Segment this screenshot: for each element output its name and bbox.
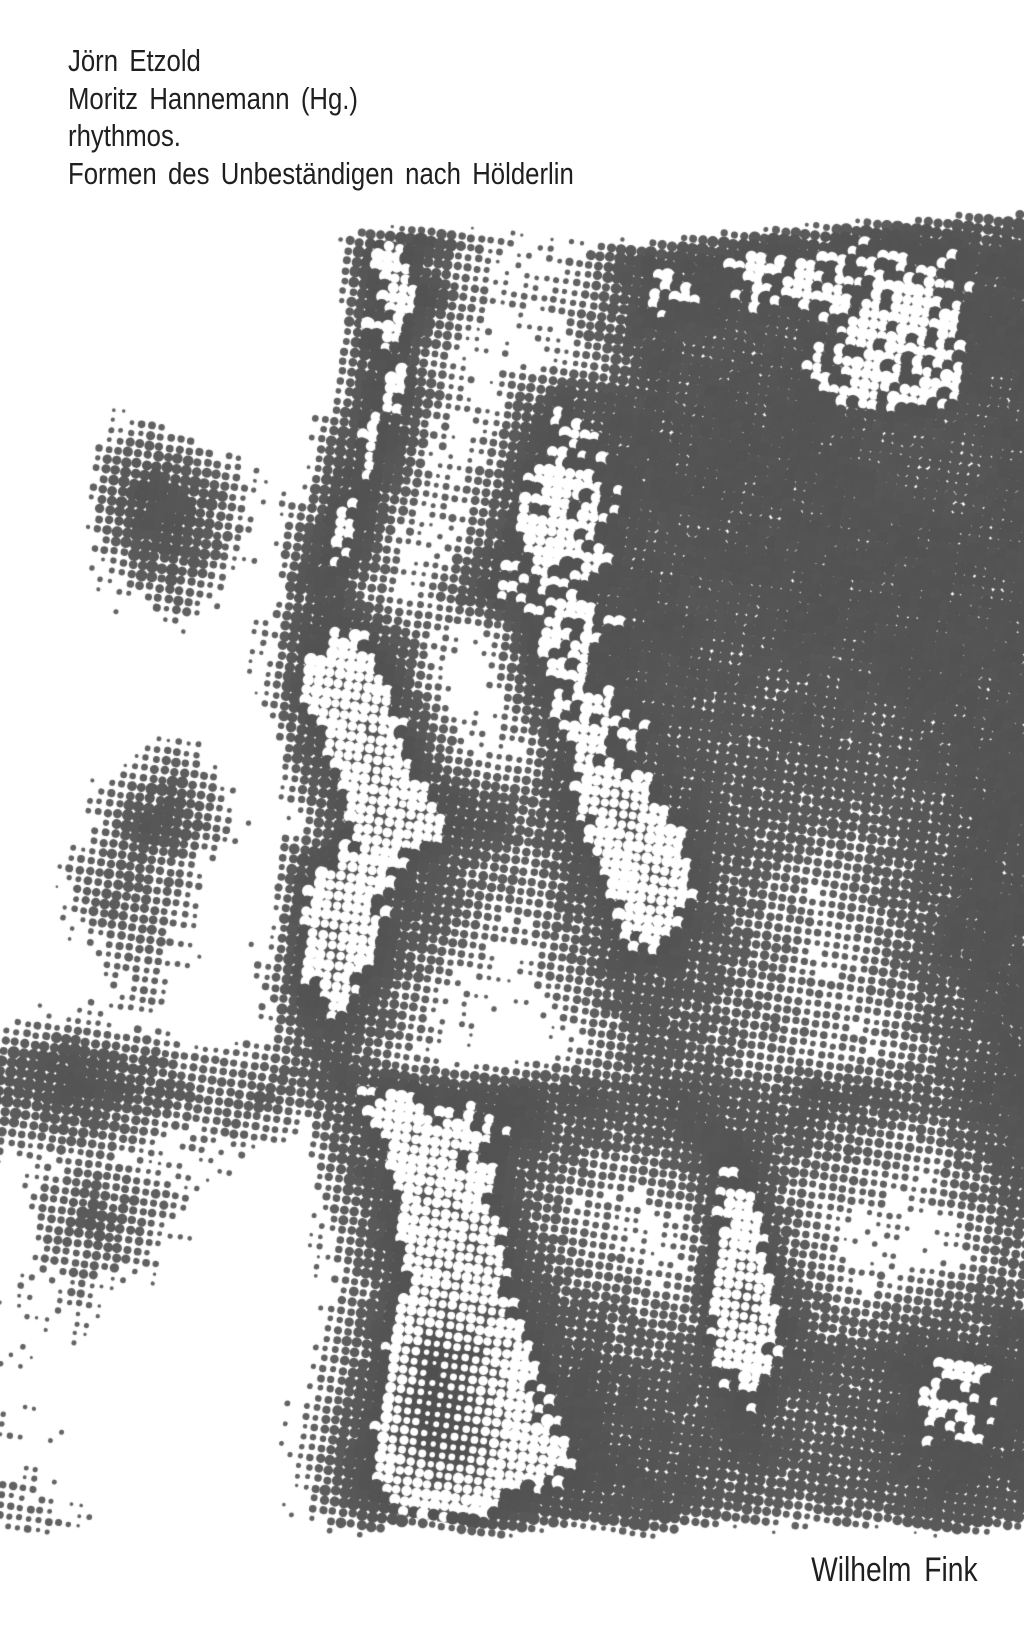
publisher-imprint: Wilhelm Fink (812, 1551, 978, 1590)
cover-artwork (0, 0, 1024, 1636)
book-title: rhythmos. (68, 117, 574, 155)
book-subtitle: Formen des Unbeständigen nach Hölderlin (68, 155, 574, 193)
author-line-1: Jörn Etzold (68, 42, 574, 80)
title-block: Jörn Etzold Moritz Hannemann (Hg.) rhyth… (68, 42, 574, 192)
author-line-2: Moritz Hannemann (Hg.) (68, 80, 574, 118)
book-cover: Jörn Etzold Moritz Hannemann (Hg.) rhyth… (0, 0, 1024, 1636)
